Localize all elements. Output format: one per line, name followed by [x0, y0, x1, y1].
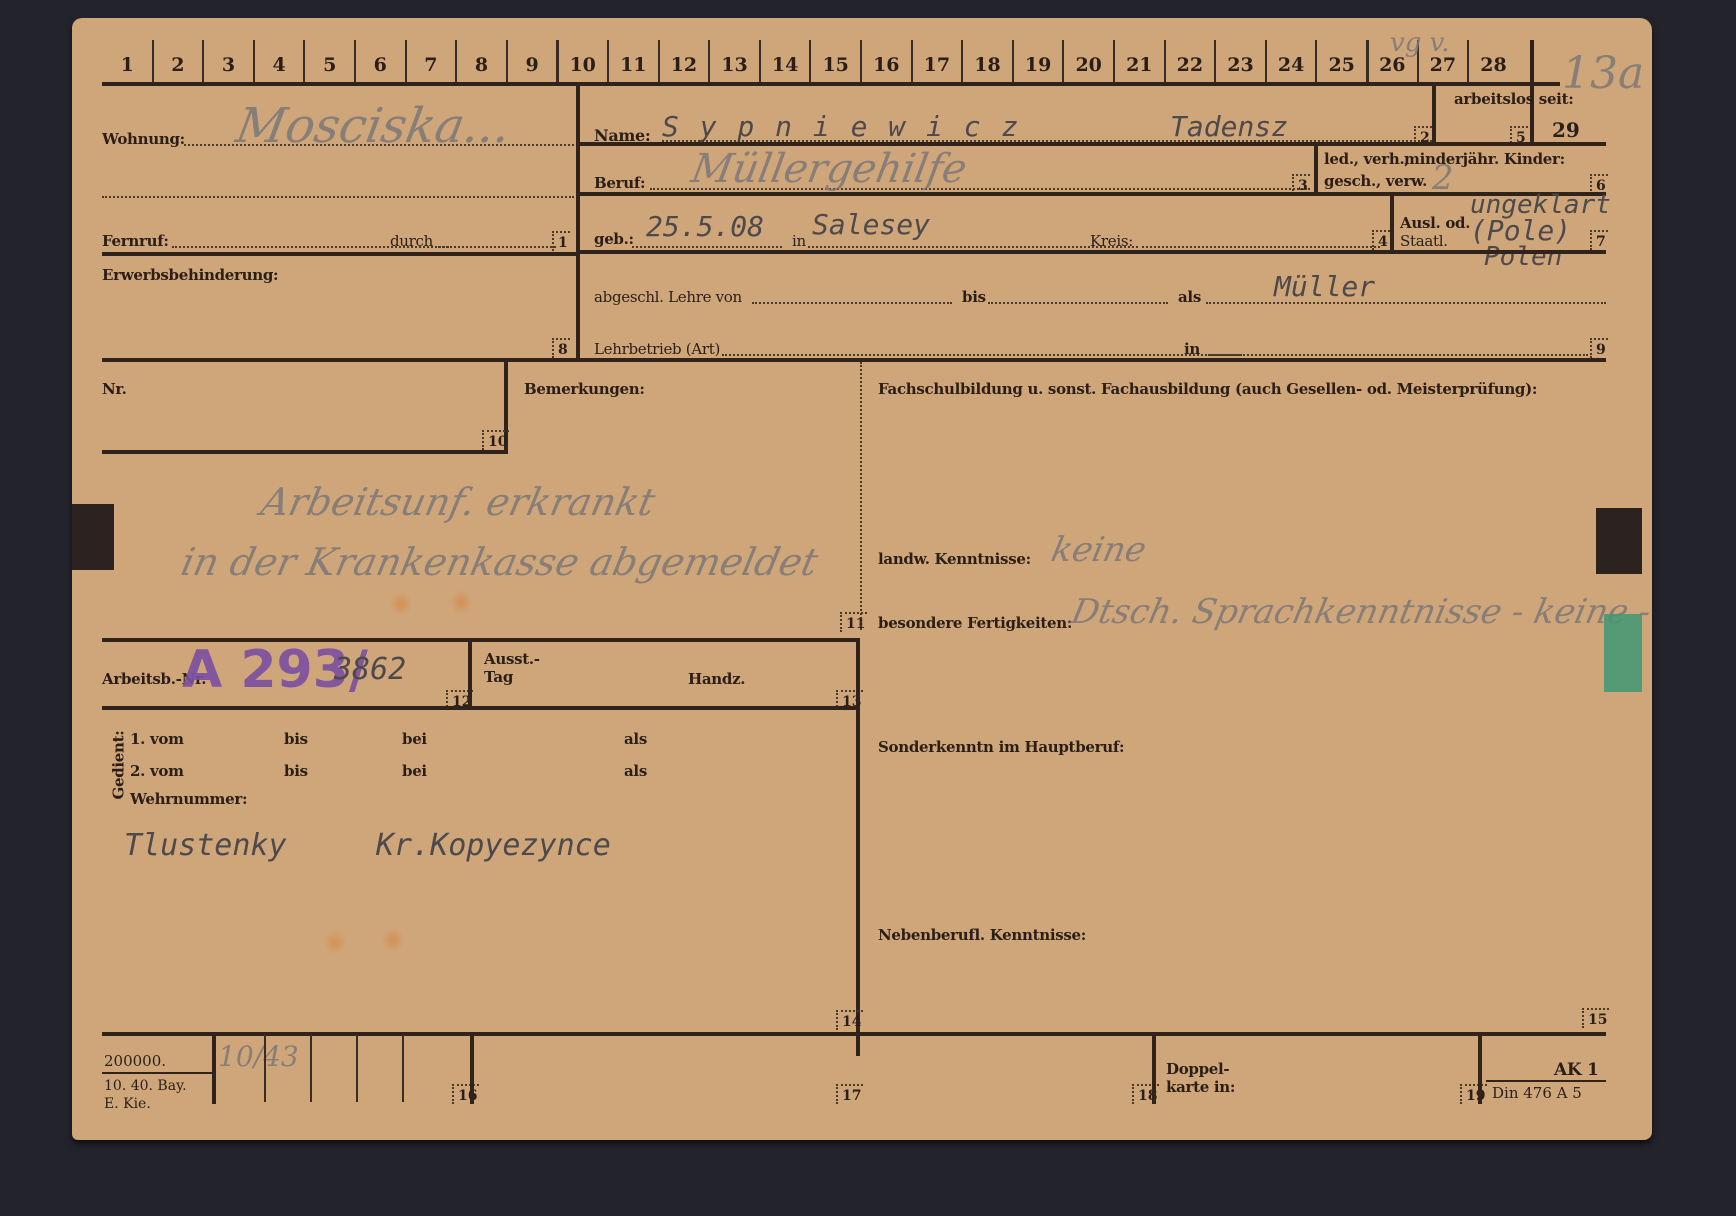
rule	[1486, 1080, 1606, 1082]
birth-place-value: Salesey	[812, 208, 930, 241]
column-number: 25	[1316, 54, 1367, 76]
birth-date-value: 25.5.08	[646, 210, 764, 243]
handz-label: Handz.	[688, 670, 745, 688]
footer-cell-line	[356, 1034, 358, 1102]
footer-cell-line	[310, 1034, 312, 1102]
column-number: 19	[1013, 54, 1064, 76]
column-number: 23	[1215, 54, 1266, 76]
column-tick	[253, 40, 255, 84]
column-tick	[1265, 40, 1267, 84]
wehrnummer-label: Wehrnummer:	[130, 790, 247, 808]
column-tick	[1012, 40, 1014, 84]
column-tick	[658, 40, 660, 84]
divider-marital	[1314, 144, 1318, 194]
printer: E. Kie.	[104, 1096, 151, 1112]
ausst-label: Ausst.-	[484, 650, 540, 668]
bis-label: bis	[962, 288, 986, 306]
kinder-label: minderjähr. Kinder:	[1404, 150, 1565, 168]
green-tag	[1604, 614, 1642, 692]
column-number: 12	[659, 54, 710, 76]
landw-label: landw. Kenntnisse:	[878, 550, 1031, 568]
field-box-16: 16	[452, 1084, 479, 1104]
din-label: Din 476 A 5	[1492, 1084, 1582, 1102]
center-divider	[856, 638, 860, 1056]
footer-divider	[1152, 1034, 1156, 1104]
column-tick	[405, 40, 407, 84]
geb-line[interactable]	[632, 246, 782, 248]
gedient-label: Gedient:	[110, 730, 128, 799]
column-number: 21	[1114, 54, 1165, 76]
main-divider	[576, 84, 580, 360]
column-number: 16	[861, 54, 912, 76]
geb-label: geb.:	[594, 230, 634, 248]
field-box-1: 1	[552, 231, 570, 251]
kreis-line[interactable]	[1142, 246, 1380, 248]
lehrbetrieb-label: Lehrbetrieb (Art)	[594, 340, 720, 358]
form-id: AK 1	[1554, 1060, 1599, 1080]
arbeitslos-label: arbeitslos seit:	[1454, 90, 1573, 108]
lehre-als-line[interactable]	[1206, 302, 1606, 304]
column-tick	[1214, 40, 1216, 84]
beruf-value: Müllergehilfe	[688, 146, 970, 192]
column-number: 8	[456, 54, 507, 76]
column-number: 28	[1468, 54, 1519, 76]
service-bis-label: bis	[284, 762, 308, 780]
rule	[102, 1072, 216, 1074]
column-number: 7	[406, 54, 457, 76]
field-box-3: 3	[1292, 174, 1310, 194]
service-bei-label: bei	[402, 730, 427, 748]
stain	[450, 590, 472, 614]
registration-card: 1234567891011121314151617181920212223242…	[72, 18, 1652, 1140]
column-number: 13	[709, 54, 760, 76]
lehre-von-line[interactable]	[752, 302, 952, 304]
lehre-als-value: Müller	[1274, 270, 1375, 303]
wohnung-line-2[interactable]	[102, 196, 574, 198]
staatl-label-1: Ausl. od.	[1400, 214, 1470, 232]
doppel-label-1: Doppel-	[1166, 1060, 1229, 1078]
column-tick	[860, 40, 862, 84]
wohnung-value: Mosciska...	[232, 98, 515, 154]
column-number: 24	[1266, 54, 1317, 76]
stain	[390, 592, 412, 616]
rule	[102, 358, 1606, 362]
lehre-bis-line[interactable]	[988, 302, 1168, 304]
column-tick	[1113, 40, 1115, 84]
lehre-label: abgeschl. Lehre von	[594, 288, 742, 306]
arbeitsbuch-typed-value: 3862	[334, 652, 406, 687]
field-box-4: 4	[1372, 230, 1390, 250]
sonderkenntn-label: Sonderkenntn im Hauptberuf:	[878, 738, 1124, 756]
right-index-tab	[1596, 508, 1642, 574]
rule	[102, 450, 508, 454]
column-number: 14	[760, 54, 811, 76]
column-tick	[708, 40, 710, 84]
divider-arbeitslos	[1432, 82, 1436, 144]
column-number: 18	[962, 54, 1013, 76]
staatl-label-2: Staatl.	[1400, 232, 1448, 250]
footer-divider	[470, 1034, 474, 1104]
divider-staatl	[1390, 194, 1394, 252]
column-tick	[303, 40, 305, 84]
header-rule	[102, 82, 1560, 86]
left-index-tab	[72, 504, 114, 570]
column-tick	[556, 40, 559, 84]
service-bei-label: bei	[402, 762, 427, 780]
bemerkungen-line2: in der Krankenkasse abgemeldet	[177, 540, 822, 584]
column-tick	[1467, 40, 1469, 84]
birth-place-line[interactable]	[808, 246, 1138, 248]
column-tick	[506, 40, 508, 84]
column-number: 9	[507, 54, 558, 76]
column-tick	[455, 40, 457, 84]
marital-line2: gesch., verw.	[1324, 172, 1427, 190]
column-tick	[607, 40, 609, 84]
column-tick	[961, 40, 963, 84]
footer-divider	[1478, 1034, 1482, 1104]
column-tick	[1315, 40, 1317, 84]
field-box-11: 11	[840, 612, 867, 632]
service-als-label: als	[624, 762, 647, 780]
rule	[578, 250, 1606, 254]
field-box-10: 10	[482, 430, 509, 450]
service-vom-label: 2. vom	[130, 762, 184, 780]
footer-cell-line	[402, 1034, 404, 1102]
kreis-value: Kr.Kopyezynce	[376, 828, 611, 863]
nebenberuf-label: Nebenberufl. Kenntnisse:	[878, 926, 1086, 944]
service-vom-label: 1. vom	[130, 730, 184, 748]
bemerkungen-label: Bemerkungen:	[524, 380, 645, 398]
corner-note: 13a	[1562, 48, 1644, 99]
column-tick	[809, 40, 811, 84]
column-number: 6	[355, 54, 406, 76]
field-box-8: 8	[552, 338, 570, 358]
footer-cell-line	[264, 1034, 266, 1102]
print-date: 10. 40. Bay.	[104, 1078, 187, 1094]
column-tick	[1164, 40, 1166, 84]
durch-label: durch	[390, 232, 433, 250]
column-tick	[911, 40, 913, 84]
service-als-label: als	[624, 730, 647, 748]
lehrbetrieb-line[interactable]	[722, 354, 1242, 356]
fachschul-label: Fachschulbildung u. sonst. Fachausbildun…	[878, 380, 1537, 398]
surname-value: S y p n i e w i c z	[662, 110, 1020, 143]
column-number: 11	[608, 54, 659, 76]
lehrbetrieb-in-line[interactable]	[1208, 354, 1588, 356]
field-box-17: 17	[836, 1084, 863, 1104]
field-box-9: 9	[1590, 338, 1608, 358]
ausst-divider	[468, 640, 472, 708]
column-number: 15	[810, 54, 861, 76]
service-bis-label: bis	[284, 730, 308, 748]
column-tick	[202, 40, 204, 84]
column-number: 4	[254, 54, 305, 76]
column-number: 17	[912, 54, 963, 76]
print-run: 200000.	[104, 1052, 166, 1070]
erwerbsbehinderung-label: Erwerbsbehinderung:	[102, 266, 278, 284]
als-label: als	[1178, 288, 1201, 306]
column-tick	[354, 40, 356, 84]
stain	[324, 930, 346, 954]
doppel-label-2: karte in:	[1166, 1078, 1235, 1096]
fertigkeiten-value: Dtsch. Sprachkenntnisse - keine -	[1068, 592, 1655, 632]
landw-value: keine	[1048, 530, 1150, 570]
in-label: in	[792, 232, 806, 250]
column-number: 5	[304, 54, 355, 76]
column-number: 3	[203, 54, 254, 76]
rule	[102, 252, 576, 256]
field-box-7: 7	[1590, 230, 1608, 250]
rule	[578, 192, 1606, 196]
field-box-19: 19	[1460, 1084, 1487, 1104]
beruf-label: Beruf:	[594, 174, 645, 192]
top-note: vg v.	[1390, 28, 1449, 58]
fertigkeiten-label: besondere Fertigkeiten:	[878, 614, 1072, 632]
column-tick	[1366, 40, 1369, 84]
lehrbetrieb-in-label: in	[1184, 340, 1200, 358]
stain	[382, 928, 404, 952]
bemerkungen-line1: Arbeitsunf. erkrankt	[257, 480, 659, 524]
nr-label: Nr.	[102, 380, 127, 398]
date-note: 10/43	[218, 1040, 299, 1073]
column-number: 20	[1063, 54, 1114, 76]
column-tick	[759, 40, 761, 84]
place-value: Tlustenky	[124, 828, 287, 863]
wohnung-label: Wohnung:	[102, 130, 185, 148]
column-number: 1	[102, 54, 153, 76]
dotted-divider	[860, 362, 862, 630]
staatl-value-3: Polen	[1484, 242, 1562, 272]
column-tick	[1062, 40, 1064, 84]
kreis-label: Kreis:	[1090, 232, 1133, 250]
field-box-15: 15	[1582, 1008, 1609, 1028]
fernruf-label: Fernruf:	[102, 232, 169, 250]
footer-divider	[212, 1034, 216, 1104]
durch-line[interactable]	[438, 246, 556, 248]
column-number: 22	[1165, 54, 1216, 76]
field-box-14: 14	[836, 1010, 863, 1030]
footer-rule	[102, 1032, 1606, 1036]
column-tick	[152, 40, 154, 84]
rule	[102, 706, 858, 710]
column-number: 10	[557, 54, 608, 76]
first-name-value: Tadensz	[1170, 110, 1288, 143]
column-number: 2	[153, 54, 204, 76]
marital-line1: led., verh.,	[1324, 150, 1409, 168]
field-29: 29	[1552, 118, 1580, 142]
tag-label: Tag	[484, 668, 513, 686]
